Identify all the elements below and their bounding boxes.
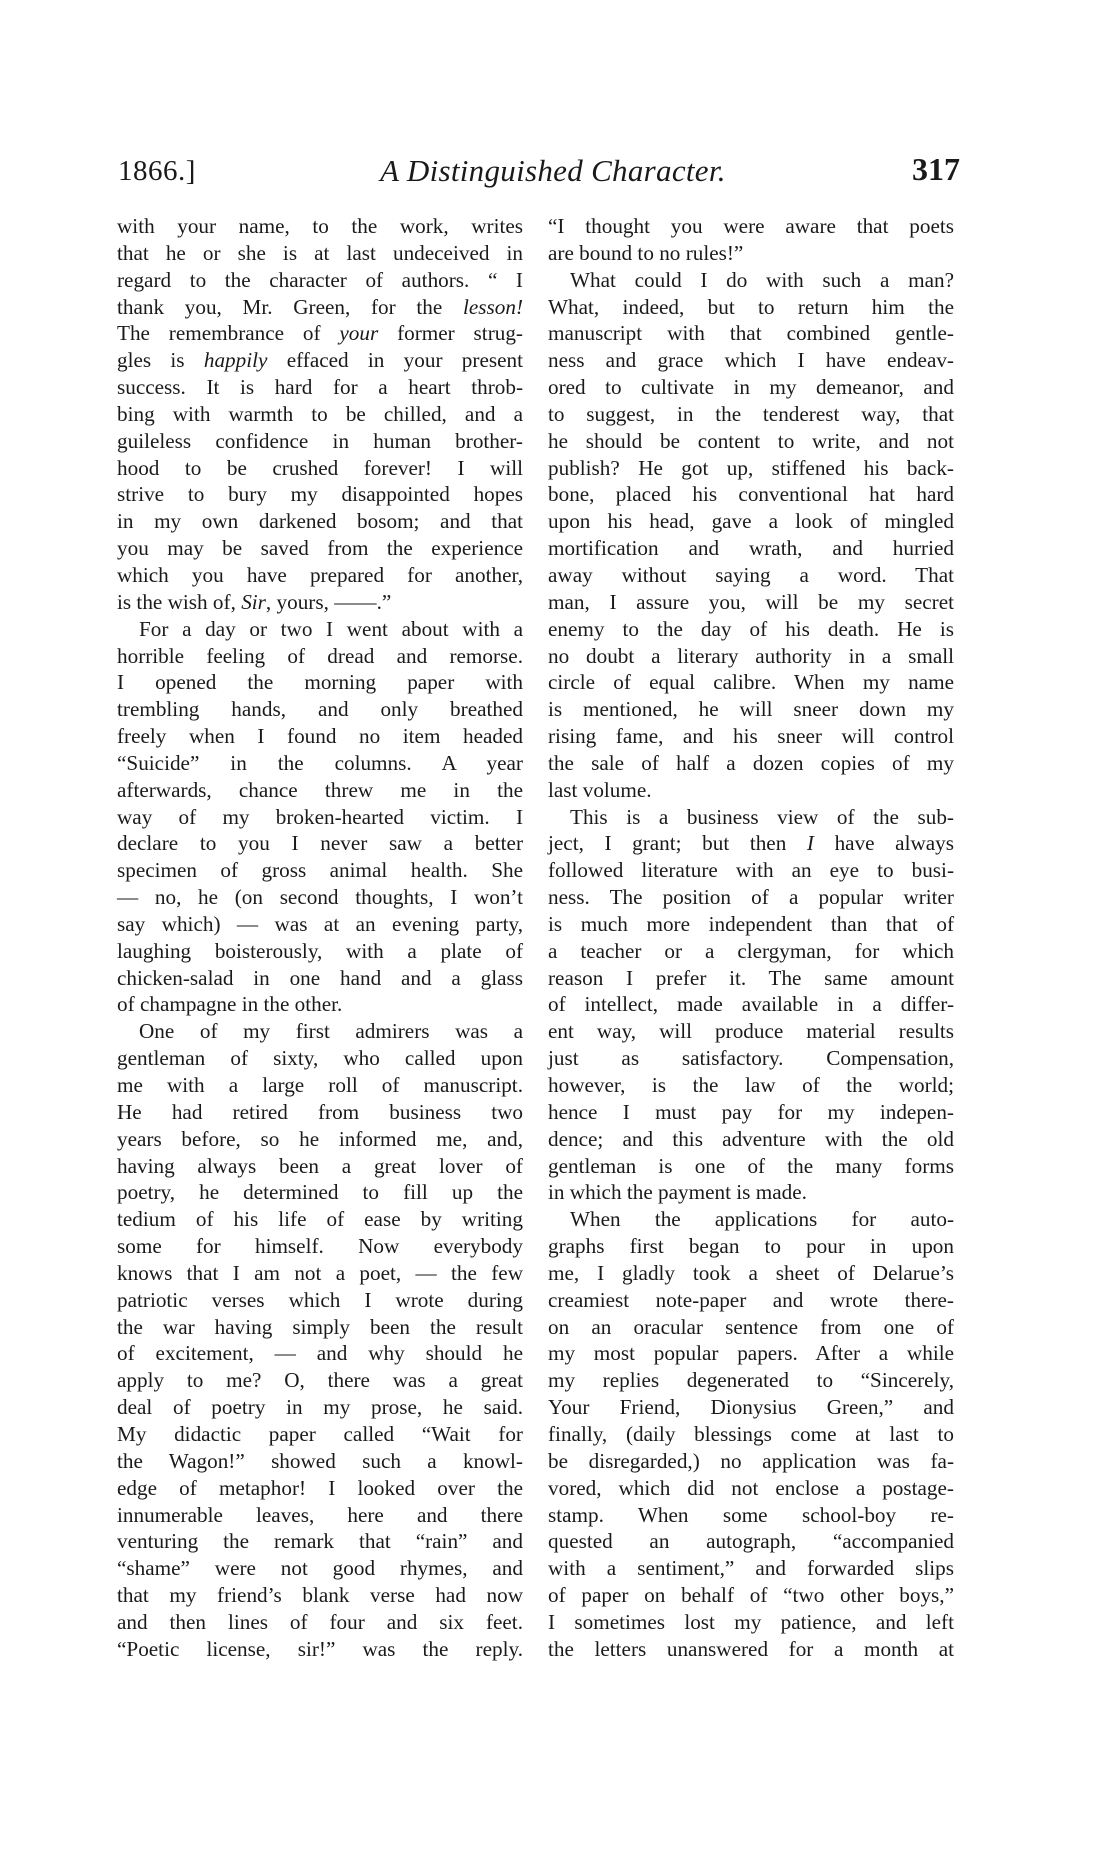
text-line: — no, he (on second thoughts, I won’t bbox=[117, 884, 523, 911]
text-line: way of my broken-hearted victim. I bbox=[117, 804, 523, 831]
text-line: apply to me? O, there was a great bbox=[117, 1367, 523, 1394]
text-line: of intellect, made available in a differ… bbox=[548, 991, 954, 1018]
text-line: Your Friend, Dionysius Green,” and bbox=[548, 1394, 954, 1421]
text-line: chicken-salad in one hand and a glass bbox=[117, 965, 523, 992]
text-line: manuscript with that combined gentle- bbox=[548, 320, 954, 347]
text-line: ness and grace which I have endeav- bbox=[548, 347, 954, 374]
text-line: “Poetic license, sir!” was the reply. bbox=[117, 1636, 523, 1663]
text-line: strive to bury my disappointed hopes bbox=[117, 481, 523, 508]
text-line: innumerable leaves, here and there bbox=[117, 1502, 523, 1529]
text-line: knows that I am not a poet, — the few bbox=[117, 1260, 523, 1287]
text-line: circle of equal calibre. When my name bbox=[548, 669, 954, 696]
text-line: gentleman is one of the many forms bbox=[548, 1153, 954, 1180]
right-column: “I thought you were aware that poetsare … bbox=[548, 213, 954, 1663]
text-line: afterwards, chance threw me in the bbox=[117, 777, 523, 804]
text-line: is much more independent than that of bbox=[548, 911, 954, 938]
text-line: years before, so he informed me, and, bbox=[117, 1126, 523, 1153]
text-line: which you have prepared for another, bbox=[117, 562, 523, 589]
text-line: tedium of his life of ease by writing bbox=[117, 1206, 523, 1233]
text-line: “Suicide” in the columns. A year bbox=[117, 750, 523, 777]
text-line: of paper on behalf of “two other boys,” bbox=[548, 1582, 954, 1609]
text-line: is mentioned, he will sneer down my bbox=[548, 696, 954, 723]
text-line: gentleman of sixty, who called upon bbox=[117, 1045, 523, 1072]
text-line: bone, placed his conventional hat hard bbox=[548, 481, 954, 508]
text-line: success. It is hard for a heart throb- bbox=[117, 374, 523, 401]
text-line: quested an autograph, “accompanied bbox=[548, 1528, 954, 1555]
text-line: is the wish of, Sir, yours, ——.” bbox=[117, 589, 523, 616]
text-line: my most popular papers. After a while bbox=[548, 1340, 954, 1367]
text-line: no doubt a literary authority in a small bbox=[548, 643, 954, 670]
text-line: upon his head, gave a look of mingled bbox=[548, 508, 954, 535]
text-line: say which) — was at an evening party, bbox=[117, 911, 523, 938]
text-line: One of my first admirers was a bbox=[117, 1018, 523, 1045]
text-line: away without saying a word. That bbox=[548, 562, 954, 589]
text-line: you may be saved from the experience bbox=[117, 535, 523, 562]
text-line: What could I do with such a man? bbox=[548, 267, 954, 294]
text-line: “I thought you were aware that poets bbox=[548, 213, 954, 240]
text-line: me with a large roll of manuscript. bbox=[117, 1072, 523, 1099]
text-line: with a sentiment,” and forwarded slips bbox=[548, 1555, 954, 1582]
text-line: the sale of half a dozen copies of my bbox=[548, 750, 954, 777]
text-line: deal of poetry in my prose, he said. bbox=[117, 1394, 523, 1421]
text-line: dence; and this adventure with the old bbox=[548, 1126, 954, 1153]
text-line: man, I assure you, will be my secret bbox=[548, 589, 954, 616]
text-line: bing with warmth to be chilled, and a bbox=[117, 401, 523, 428]
text-line: mortification and wrath, and hurried bbox=[548, 535, 954, 562]
text-line: the Wagon!” showed such a knowl- bbox=[117, 1448, 523, 1475]
text-line: regard to the character of authors. “ I bbox=[117, 267, 523, 294]
text-line: ject, I grant; but then I have always bbox=[548, 830, 954, 857]
text-line: the letters unanswered for a month at bbox=[548, 1636, 954, 1663]
running-title: A Distinguished Character. bbox=[118, 153, 958, 189]
text-line: My didactic paper called “Wait for bbox=[117, 1421, 523, 1448]
left-column: with your name, to the work, writesthat … bbox=[117, 213, 523, 1663]
text-line: just as satisfactory. Compensation, bbox=[548, 1045, 954, 1072]
text-line: a teacher or a clergyman, for which bbox=[548, 938, 954, 965]
text-line: What, indeed, but to return him the bbox=[548, 294, 954, 321]
text-line: finally, (daily blessings come at last t… bbox=[548, 1421, 954, 1448]
text-line: are bound to no rules!” bbox=[548, 240, 954, 267]
text-line: declare to you I never saw a better bbox=[117, 830, 523, 857]
text-line: trembling hands, and only breathed bbox=[117, 696, 523, 723]
text-line: poetry, he determined to fill up the bbox=[117, 1179, 523, 1206]
text-line: of champagne in the other. bbox=[117, 991, 523, 1018]
text-line: thank you, Mr. Green, for the lesson! bbox=[117, 294, 523, 321]
text-line: graphs first began to pour in upon bbox=[548, 1233, 954, 1260]
text-line: be disregarded,) no application was fa- bbox=[548, 1448, 954, 1475]
text-line: edge of metaphor! I looked over the bbox=[117, 1475, 523, 1502]
text-line: of excitement, — and why should he bbox=[117, 1340, 523, 1367]
text-line: to suggest, in the tenderest way, that bbox=[548, 401, 954, 428]
text-line: that my friend’s blank verse had now bbox=[117, 1582, 523, 1609]
text-line: The remembrance of your former strug- bbox=[117, 320, 523, 347]
page-number: 317 bbox=[912, 151, 960, 188]
text-line: and then lines of four and six feet. bbox=[117, 1609, 523, 1636]
text-line: having always been a great lover of bbox=[117, 1153, 523, 1180]
text-line: some for himself. Now everybody bbox=[117, 1233, 523, 1260]
text-line: When the applications for auto- bbox=[548, 1206, 954, 1233]
text-line: however, is the law of the world; bbox=[548, 1072, 954, 1099]
text-line: This is a business view of the sub- bbox=[548, 804, 954, 831]
text-line: in my own darkened bosom; and that bbox=[117, 508, 523, 535]
text-line: ness. The position of a popular writer bbox=[548, 884, 954, 911]
running-header: 1866.] A Distinguished Character. 317 bbox=[118, 155, 958, 195]
text-line: freely when I found no item headed bbox=[117, 723, 523, 750]
text-line: hence I must pay for my indepen- bbox=[548, 1099, 954, 1126]
text-line: in which the payment is made. bbox=[548, 1179, 954, 1206]
text-line: gles is happily effaced in your present bbox=[117, 347, 523, 374]
text-line: hood to be crushed forever! I will bbox=[117, 455, 523, 482]
text-line: enemy to the day of his death. He is bbox=[548, 616, 954, 643]
text-line: reason I prefer it. The same amount bbox=[548, 965, 954, 992]
text-line: laughing boisterously, with a plate of bbox=[117, 938, 523, 965]
text-line: with your name, to the work, writes bbox=[117, 213, 523, 240]
text-line: publish? He got up, stiffened his back- bbox=[548, 455, 954, 482]
text-line: creamiest note-paper and wrote there- bbox=[548, 1287, 954, 1314]
text-line: ored to cultivate in my demeanor, and bbox=[548, 374, 954, 401]
text-line: “shame” were not good rhymes, and bbox=[117, 1555, 523, 1582]
text-line: For a day or two I went about with a bbox=[117, 616, 523, 643]
text-line: horrible feeling of dread and remorse. bbox=[117, 643, 523, 670]
text-line: that he or she is at last undeceived in bbox=[117, 240, 523, 267]
text-line: on an oracular sentence from one of bbox=[548, 1314, 954, 1341]
text-line: specimen of gross animal health. She bbox=[117, 857, 523, 884]
text-line: last volume. bbox=[548, 777, 954, 804]
text-line: he should be content to write, and not bbox=[548, 428, 954, 455]
text-line: ent way, will produce material results bbox=[548, 1018, 954, 1045]
text-line: guileless confidence in human brother- bbox=[117, 428, 523, 455]
text-line: rising fame, and his sneer will control bbox=[548, 723, 954, 750]
text-line: my replies degenerated to “Sincerely, bbox=[548, 1367, 954, 1394]
text-line: vored, which did not enclose a postage- bbox=[548, 1475, 954, 1502]
text-line: stamp. When some school-boy re- bbox=[548, 1502, 954, 1529]
text-line: followed literature with an eye to busi- bbox=[548, 857, 954, 884]
text-line: I sometimes lost my patience, and left bbox=[548, 1609, 954, 1636]
text-line: the war having simply been the result bbox=[117, 1314, 523, 1341]
text-line: patriotic verses which I wrote during bbox=[117, 1287, 523, 1314]
text-line: venturing the remark that “rain” and bbox=[117, 1528, 523, 1555]
text-line: He had retired from business two bbox=[117, 1099, 523, 1126]
text-line: me, I gladly took a sheet of Delarue’s bbox=[548, 1260, 954, 1287]
text-line: I opened the morning paper with bbox=[117, 669, 523, 696]
